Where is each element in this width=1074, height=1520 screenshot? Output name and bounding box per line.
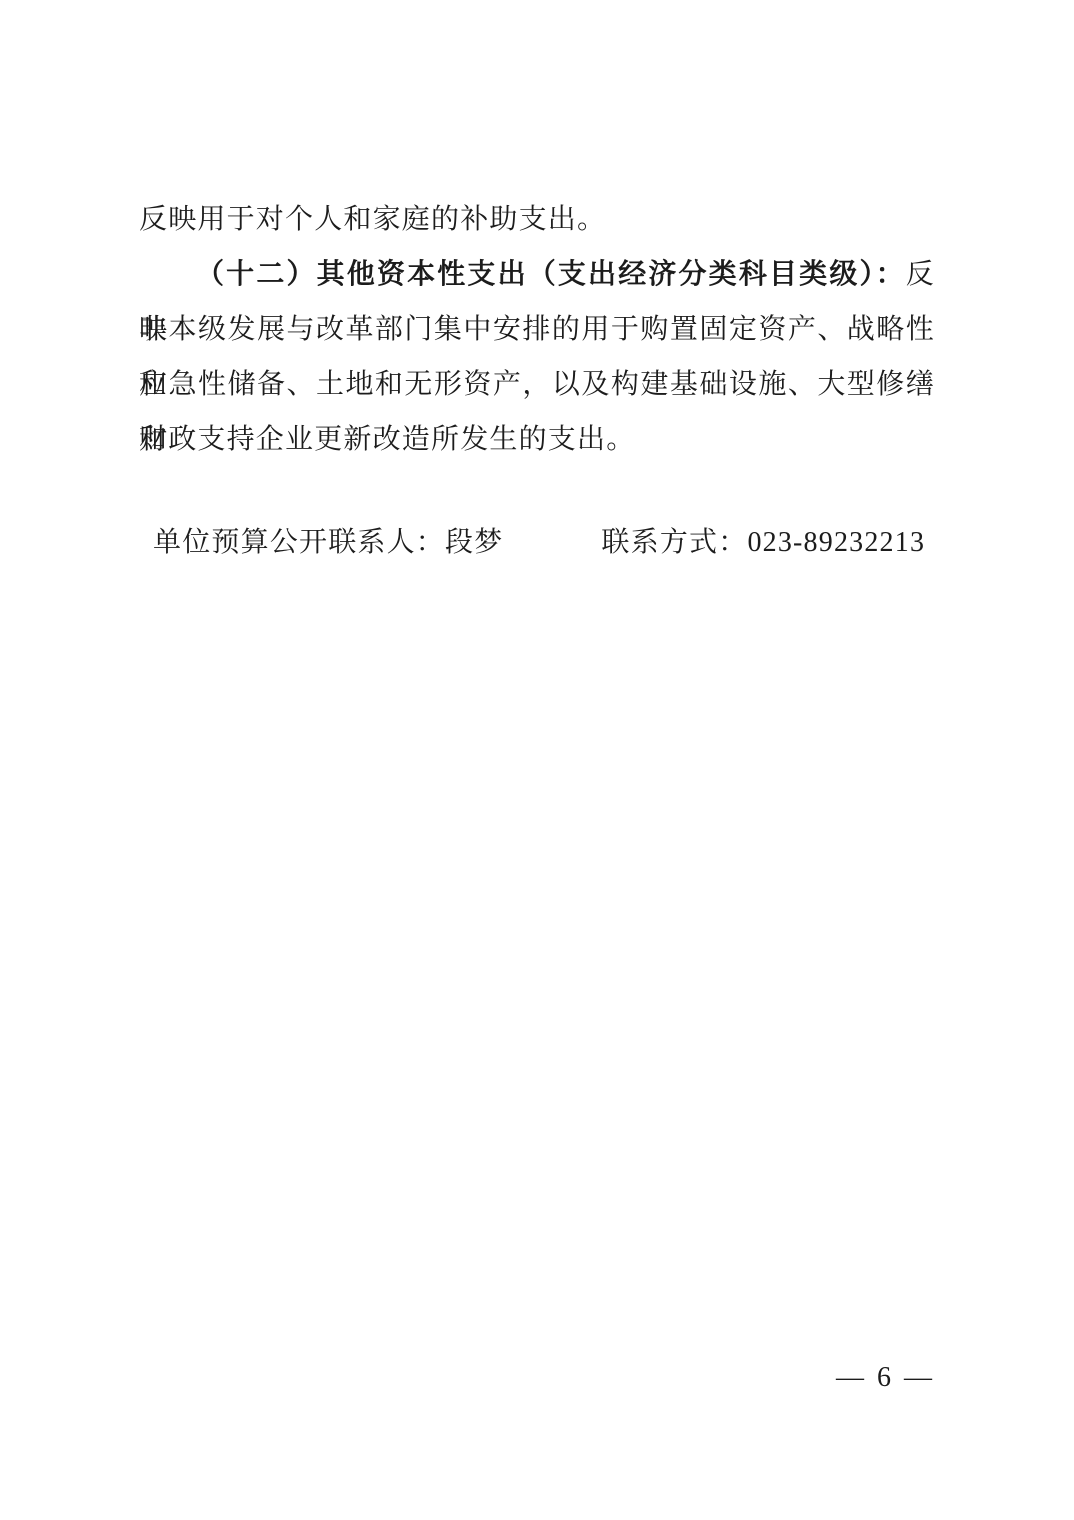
section-12-line-2: 非本级发展与改革部门集中安排的用于购置固定资产、战略性和	[139, 302, 935, 357]
section-12-line-1: （十二）其他资本性支出（支出经济分类科目类级）：反映	[139, 247, 935, 302]
budget-contact-line: 单位预算公开联系人：段梦联系方式：023-89232213	[139, 515, 935, 570]
contact-phone-number: 023-89232213	[747, 527, 925, 558]
contact-person-name: 段梦	[445, 527, 503, 558]
section-12-heading: （十二）其他资本性支出（支出经济分类科目类级）：	[196, 259, 906, 290]
contact-person-label: 单位预算公开联系人：	[153, 527, 445, 558]
document-page: 反映用于对个人和家庭的补助支出。 （十二）其他资本性支出（支出经济分类科目类级）…	[0, 0, 1074, 1520]
document-body: 反映用于对个人和家庭的补助支出。 （十二）其他资本性支出（支出经济分类科目类级）…	[139, 192, 935, 570]
section-12-line-4: 财政支持企业更新改造所发生的支出。	[139, 412, 935, 467]
section-12-line-3: 应急性储备、土地和无形资产，以及构建基础设施、大型修缮和	[139, 357, 935, 412]
paragraph-11-ending-line: 反映用于对个人和家庭的补助支出。	[139, 192, 935, 247]
page-number: — 6 —	[836, 1364, 935, 1392]
contact-phone-label: 联系方式：	[601, 527, 747, 558]
